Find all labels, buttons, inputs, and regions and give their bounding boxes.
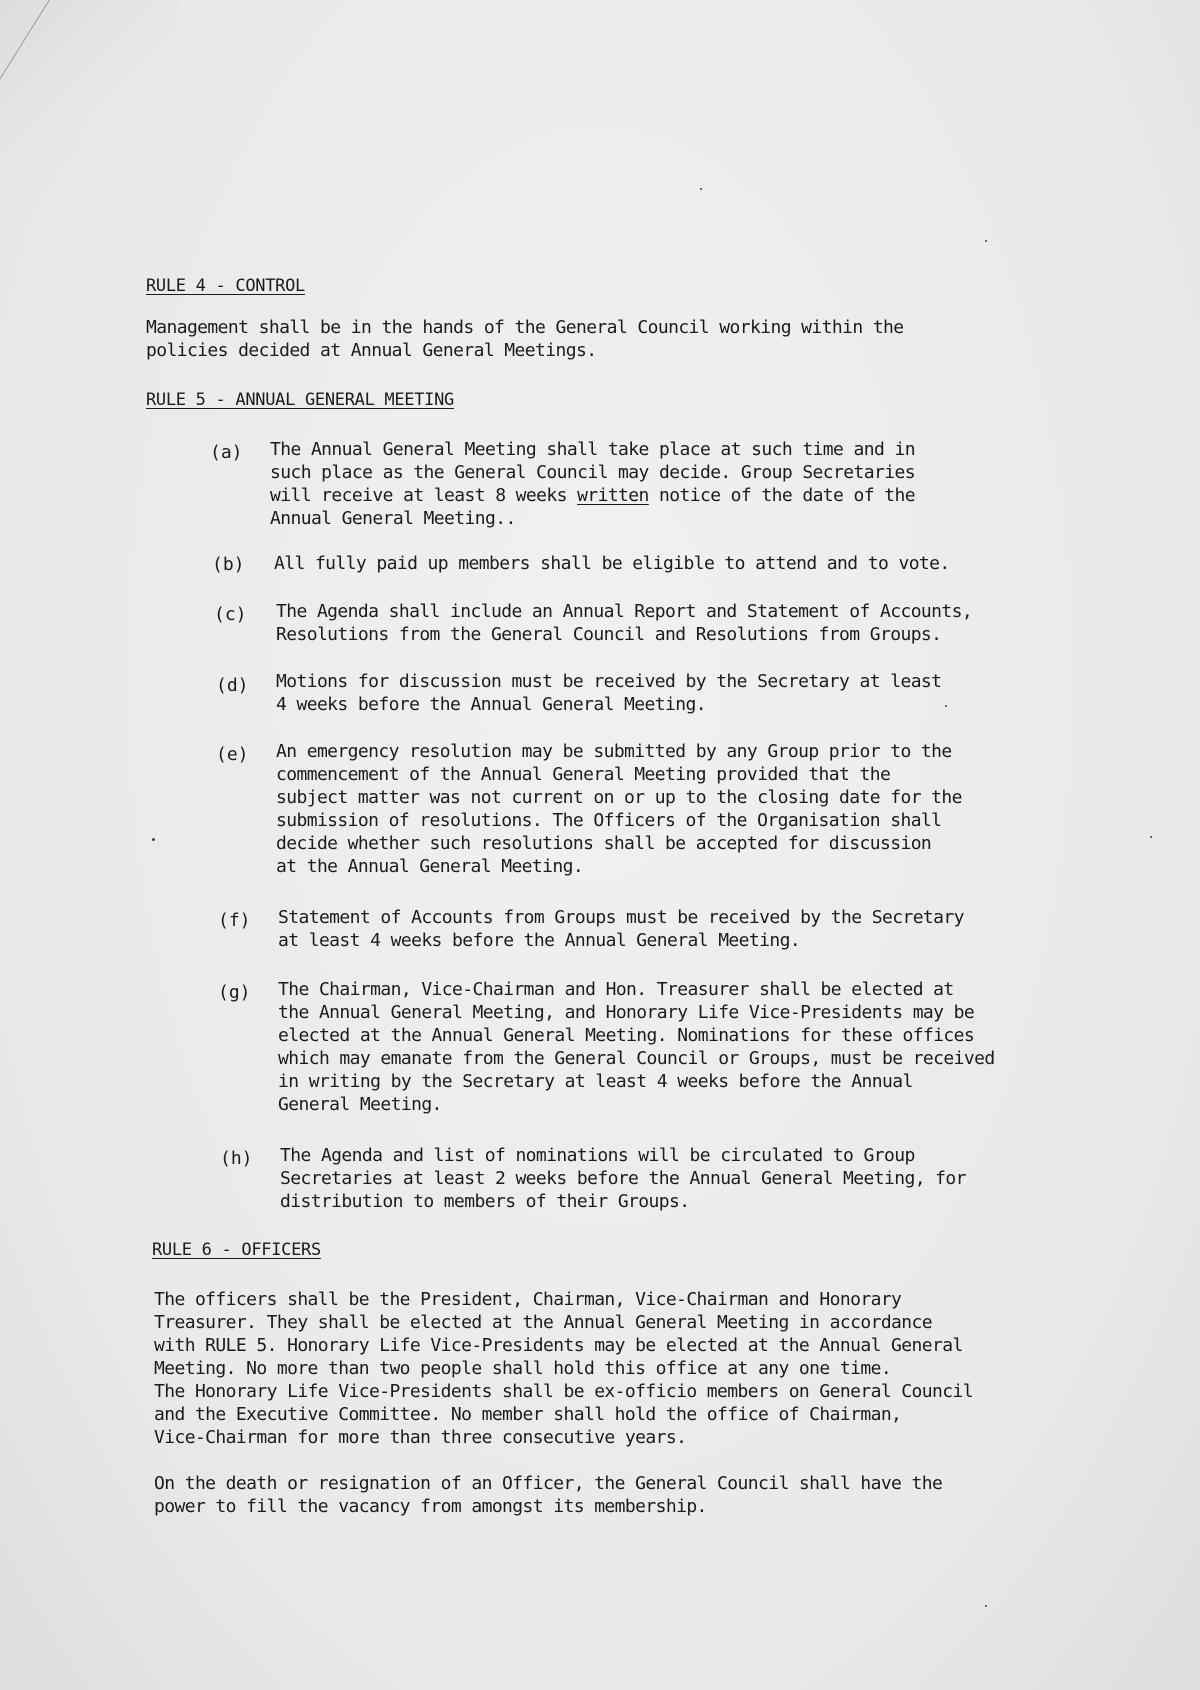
rule5-item-e-text: An emergency resolution may be submitted…	[276, 740, 962, 878]
paper-speck	[985, 1605, 987, 1607]
rule5-item-g-text: The Chairman, Vice-Chairman and Hon. Tre…	[278, 978, 995, 1116]
paper-speck	[1150, 836, 1152, 838]
rule5-item-h-label: (h)	[220, 1148, 253, 1169]
rule6-heading: RULE 6 - OFFICERS	[152, 1240, 321, 1260]
paper-speck	[945, 705, 947, 707]
rule5-item-h-text: The Agenda and list of nominations will …	[280, 1144, 966, 1213]
rule5-item-d-text: Motions for discussion must be received …	[276, 670, 941, 716]
rule6-paragraph-2: On the death or resignation of an Office…	[154, 1472, 942, 1518]
paper-speck	[152, 838, 155, 841]
rule5-item-f-text: Statement of Accounts from Groups must b…	[278, 906, 964, 952]
rule5-item-a-text: The Annual General Meeting shall take pl…	[270, 438, 915, 530]
rule5-item-c-label: (c)	[214, 604, 247, 625]
rule5-item-a-label: (a)	[210, 442, 243, 463]
paper-speck	[700, 188, 702, 190]
rule5-item-f-label: (f)	[218, 910, 251, 931]
rule4-text: Management shall be in the hands of the …	[146, 316, 904, 362]
rule5-item-c-text: The Agenda shall include an Annual Repor…	[276, 600, 972, 646]
rule5-item-b-text: All fully paid up members shall be eligi…	[274, 552, 950, 575]
rule4-heading: RULE 4 - CONTROL	[146, 276, 305, 296]
item-a-underlined-word: written	[577, 485, 649, 506]
rule5-item-d-label: (d)	[216, 675, 249, 696]
rule5-item-b-label: (b)	[212, 554, 245, 575]
rule5-heading: RULE 5 - ANNUAL GENERAL MEETING	[146, 390, 454, 410]
document-page: RULE 4 - CONTROL Management shall be in …	[0, 0, 1200, 1690]
rule5-item-e-label: (e)	[216, 744, 249, 765]
paper-speck	[985, 240, 987, 242]
rule6-paragraph-1: The officers shall be the President, Cha…	[154, 1288, 973, 1449]
rule5-item-g-label: (g)	[218, 982, 251, 1003]
